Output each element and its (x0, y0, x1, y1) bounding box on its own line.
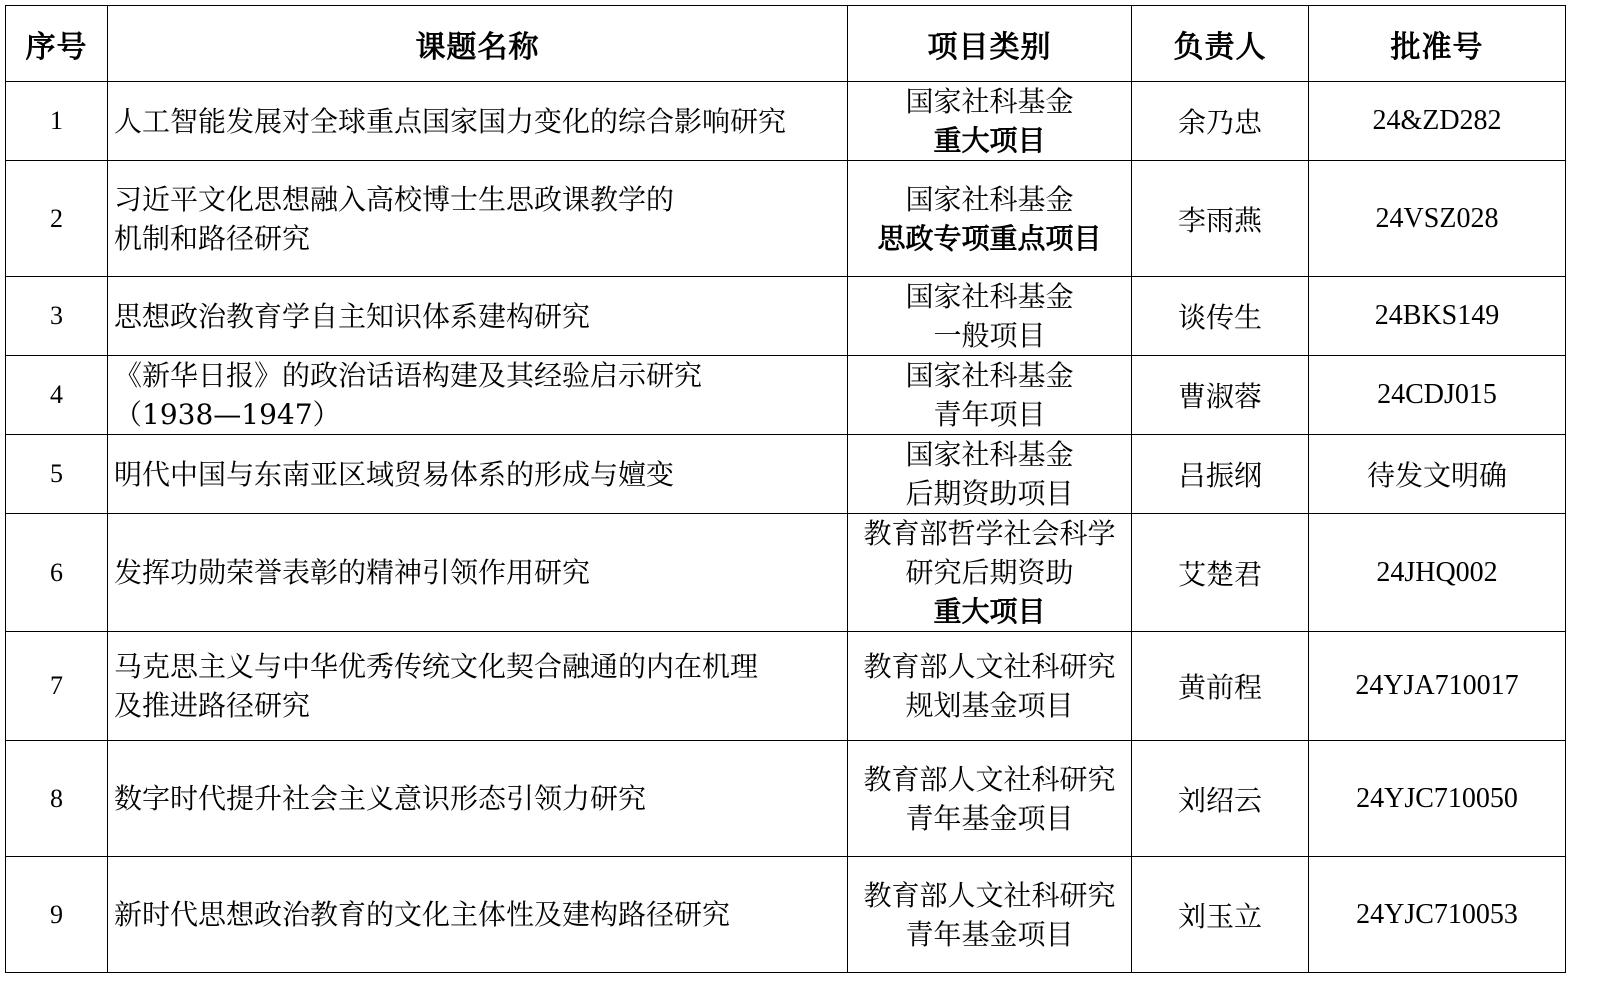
cell-title: 习近平文化思想融入高校博士生思政课教学的 机制和路径研究 (108, 161, 848, 277)
cell-title: 人工智能发展对全球重点国家国力变化的综合影响研究 (108, 82, 848, 161)
table-row: 7 马克思主义与中华优秀传统文化契合融通的内在机理 及推进路径研究 教育部人文社… (6, 632, 1566, 741)
category-line: 规划基金项目 (848, 686, 1131, 725)
cell-no: 2 (6, 161, 108, 277)
header-no: 序号 (6, 6, 108, 82)
cell-title: 数字时代提升社会主义意识形态引领力研究 (108, 741, 848, 857)
header-row: 序号 课题名称 项目类别 负责人 批准号 (6, 6, 1566, 82)
cell-approval: 24JHQ002 (1309, 514, 1566, 632)
title-line: 机制和路径研究 (114, 219, 847, 258)
category-line: 国家社科基金 (848, 82, 1131, 121)
title-line: 习近平文化思想融入高校博士生思政课教学的 (114, 180, 847, 219)
cell-category: 教育部人文社科研究 青年基金项目 (848, 857, 1132, 973)
title-line: 思想政治教育学自主知识体系建构研究 (114, 297, 847, 336)
cell-leader: 黄前程 (1132, 632, 1309, 741)
title-line: 发挥功勋荣誉表彰的精神引领作用研究 (114, 553, 847, 592)
title-line: 明代中国与东南亚区域贸易体系的形成与嬗变 (114, 455, 847, 494)
cell-category: 国家社科基金 青年项目 (848, 356, 1132, 435)
cell-category: 国家社科基金 思政专项重点项目 (848, 161, 1132, 277)
category-line: 教育部哲学社会科学 (848, 514, 1131, 553)
title-line: 《新华日报》的政治话语构建及其经验启示研究 (114, 356, 847, 395)
table-row: 1 人工智能发展对全球重点国家国力变化的综合影响研究 国家社科基金 重大项目 余… (6, 82, 1566, 161)
title-line: 及推进路径研究 (114, 686, 847, 725)
category-line: 后期资助项目 (848, 474, 1131, 513)
cell-leader: 艾楚君 (1132, 514, 1309, 632)
category-line: 国家社科基金 (848, 277, 1131, 316)
cell-approval: 待发文明确 (1309, 435, 1566, 514)
cell-leader: 刘玉立 (1132, 857, 1309, 973)
cell-leader: 谈传生 (1132, 277, 1309, 356)
category-line: 教育部人文社科研究 (848, 760, 1131, 799)
header-title: 课题名称 (108, 6, 848, 82)
cell-approval: 24BKS149 (1309, 277, 1566, 356)
header-leader: 负责人 (1132, 6, 1309, 82)
cell-title: 发挥功勋荣誉表彰的精神引领作用研究 (108, 514, 848, 632)
cell-category: 教育部人文社科研究 规划基金项目 (848, 632, 1132, 741)
category-line-bold: 重大项目 (848, 121, 1131, 160)
category-line: 教育部人文社科研究 (848, 647, 1131, 686)
table-row: 2 习近平文化思想融入高校博士生思政课教学的 机制和路径研究 国家社科基金 思政… (6, 161, 1566, 277)
cell-leader: 李雨燕 (1132, 161, 1309, 277)
cell-leader: 余乃忠 (1132, 82, 1309, 161)
table-row: 8 数字时代提升社会主义意识形态引领力研究 教育部人文社科研究 青年基金项目 刘… (6, 741, 1566, 857)
cell-approval: 24YJA710017 (1309, 632, 1566, 741)
title-line: 数字时代提升社会主义意识形态引领力研究 (114, 779, 847, 818)
cell-category: 国家社科基金 后期资助项目 (848, 435, 1132, 514)
cell-no: 9 (6, 857, 108, 973)
title-line: 人工智能发展对全球重点国家国力变化的综合影响研究 (114, 102, 847, 141)
cell-approval: 24YJC710053 (1309, 857, 1566, 973)
cell-category: 国家社科基金 一般项目 (848, 277, 1132, 356)
category-line-bold: 重大项目 (848, 592, 1131, 631)
cell-no: 6 (6, 514, 108, 632)
cell-no: 3 (6, 277, 108, 356)
cell-no: 8 (6, 741, 108, 857)
category-line: 青年基金项目 (848, 915, 1131, 954)
cell-category: 教育部人文社科研究 青年基金项目 (848, 741, 1132, 857)
title-line: （1938—1947） (114, 395, 847, 434)
category-line: 教育部人文社科研究 (848, 876, 1131, 915)
category-line: 国家社科基金 (848, 435, 1131, 474)
cell-approval: 24VSZ028 (1309, 161, 1566, 277)
cell-category: 国家社科基金 重大项目 (848, 82, 1132, 161)
title-line: 新时代思想政治教育的文化主体性及建构路径研究 (114, 895, 847, 934)
cell-title: 明代中国与东南亚区域贸易体系的形成与嬗变 (108, 435, 848, 514)
cell-title: 马克思主义与中华优秀传统文化契合融通的内在机理 及推进路径研究 (108, 632, 848, 741)
category-line: 国家社科基金 (848, 180, 1131, 219)
table-row: 5 明代中国与东南亚区域贸易体系的形成与嬗变 国家社科基金 后期资助项目 吕振纲… (6, 435, 1566, 514)
cell-title: 思想政治教育学自主知识体系建构研究 (108, 277, 848, 356)
header-category: 项目类别 (848, 6, 1132, 82)
cell-leader: 吕振纲 (1132, 435, 1309, 514)
table-row: 9 新时代思想政治教育的文化主体性及建构路径研究 教育部人文社科研究 青年基金项… (6, 857, 1566, 973)
category-line: 研究后期资助 (848, 553, 1131, 592)
cell-no: 5 (6, 435, 108, 514)
projects-table: 序号 课题名称 项目类别 负责人 批准号 1 人工智能发展对全球重点国家国力变化… (5, 5, 1566, 973)
cell-no: 7 (6, 632, 108, 741)
cell-approval: 24&ZD282 (1309, 82, 1566, 161)
cell-title: 新时代思想政治教育的文化主体性及建构路径研究 (108, 857, 848, 973)
cell-no: 4 (6, 356, 108, 435)
category-line: 青年项目 (848, 395, 1131, 434)
table-row: 3 思想政治教育学自主知识体系建构研究 国家社科基金 一般项目 谈传生 24BK… (6, 277, 1566, 356)
table-row: 4 《新华日报》的政治话语构建及其经验启示研究 （1938—1947） 国家社科… (6, 356, 1566, 435)
category-line-bold: 思政专项重点项目 (848, 219, 1131, 258)
category-line: 国家社科基金 (848, 356, 1131, 395)
header-approval: 批准号 (1309, 6, 1566, 82)
category-line: 青年基金项目 (848, 799, 1131, 838)
cell-title: 《新华日报》的政治话语构建及其经验启示研究 （1938—1947） (108, 356, 848, 435)
cell-leader: 刘绍云 (1132, 741, 1309, 857)
cell-approval: 24CDJ015 (1309, 356, 1566, 435)
cell-no: 1 (6, 82, 108, 161)
table-row: 6 发挥功勋荣誉表彰的精神引领作用研究 教育部哲学社会科学 研究后期资助 重大项… (6, 514, 1566, 632)
cell-category: 教育部哲学社会科学 研究后期资助 重大项目 (848, 514, 1132, 632)
category-line: 一般项目 (848, 316, 1131, 355)
table-body: 1 人工智能发展对全球重点国家国力变化的综合影响研究 国家社科基金 重大项目 余… (6, 82, 1566, 973)
cell-approval: 24YJC710050 (1309, 741, 1566, 857)
cell-leader: 曹淑蓉 (1132, 356, 1309, 435)
title-line: 马克思主义与中华优秀传统文化契合融通的内在机理 (114, 647, 847, 686)
